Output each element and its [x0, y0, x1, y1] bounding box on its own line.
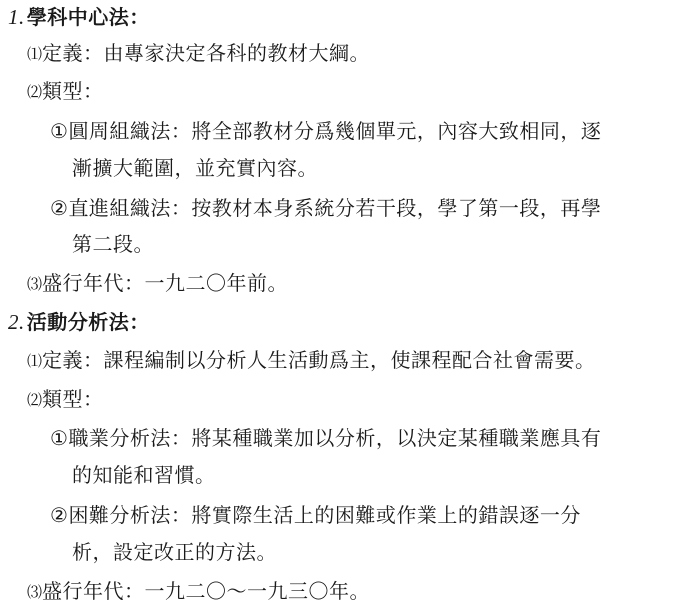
section-2-type-2-line-1: ②困難分析法：將實際生活上的困難或作業上的錯誤逐一分: [50, 502, 581, 528]
section-1-era: ⑶盛行年代：一九二〇年前。: [27, 270, 288, 297]
era-text: 盛行年代：一九二〇年前。: [42, 271, 288, 295]
definition-text: 定義：課程編制以分析人生活動爲主，使課程配合社會需要。: [42, 348, 596, 372]
section-1-types-label: ⑵類型：: [27, 78, 104, 105]
type-text-continued: 析，設定改正的方法。: [72, 540, 277, 564]
section-1-type-2-line-2: 第二段。: [72, 231, 154, 257]
type-text-continued: 的知能和習慣。: [72, 463, 216, 487]
item-marker: ②: [50, 503, 68, 527]
section-2-heading: 2.活動分析法：: [8, 309, 150, 335]
section-2-type-2-line-2: 析，設定改正的方法。: [72, 539, 277, 565]
item-marker: ⑴: [27, 45, 42, 63]
section-2-era: ⑶盛行年代：一九二〇～一九三〇年。: [27, 578, 370, 605]
era-text: 盛行年代：一九二〇～一九三〇年。: [42, 579, 370, 603]
item-marker: ②: [50, 196, 68, 220]
section-number: 1.: [8, 5, 25, 29]
section-1-definition: ⑴定義：由專家決定各科的教材大綱。: [27, 40, 370, 67]
type-text: 圓周組織法：將全部教材分爲幾個單元，內容大致相同，逐: [68, 119, 601, 143]
section-2-type-1-line-2: 的知能和習慣。: [72, 462, 216, 488]
section-number: 2.: [8, 310, 25, 334]
item-marker: ⑵: [27, 391, 42, 409]
section-title: 學科中心法：: [27, 5, 150, 29]
item-marker: ⑵: [27, 83, 42, 101]
section-1-type-2-line-1: ②直進組織法：按教材本身系統分若干段，學了第一段，再學: [50, 195, 601, 221]
section-1-type-1-line-1: ①圓周組織法：將全部教材分爲幾個單元，內容大致相同，逐: [50, 118, 601, 144]
definition-text: 定義：由專家決定各科的教材大綱。: [42, 41, 370, 65]
section-1-type-1-line-2: 漸擴大範圍，並充實內容。: [72, 155, 318, 181]
types-label: 類型：: [42, 387, 104, 411]
item-marker: ⑴: [27, 352, 42, 370]
item-marker: ⑶: [27, 583, 42, 601]
types-label: 類型：: [42, 79, 104, 103]
type-text-continued: 漸擴大範圍，並充實內容。: [72, 156, 318, 180]
section-title: 活動分析法：: [27, 310, 150, 334]
item-marker: ⑶: [27, 275, 42, 293]
type-text-continued: 第二段。: [72, 232, 154, 256]
section-2-definition: ⑴定義：課程編制以分析人生活動爲主，使課程配合社會需要。: [27, 347, 596, 374]
type-text: 困難分析法：將實際生活上的困難或作業上的錯誤逐一分: [68, 503, 581, 527]
section-2-type-1-line-1: ①職業分析法：將某種職業加以分析，以決定某種職業應具有: [50, 425, 601, 451]
item-marker: ①: [50, 426, 68, 450]
section-1-heading: 1.學科中心法：: [8, 4, 150, 30]
type-text: 職業分析法：將某種職業加以分析，以決定某種職業應具有: [68, 426, 601, 450]
section-2-types-label: ⑵類型：: [27, 386, 104, 413]
item-marker: ①: [50, 119, 68, 143]
type-text: 直進組織法：按教材本身系統分若干段，學了第一段，再學: [68, 196, 601, 220]
